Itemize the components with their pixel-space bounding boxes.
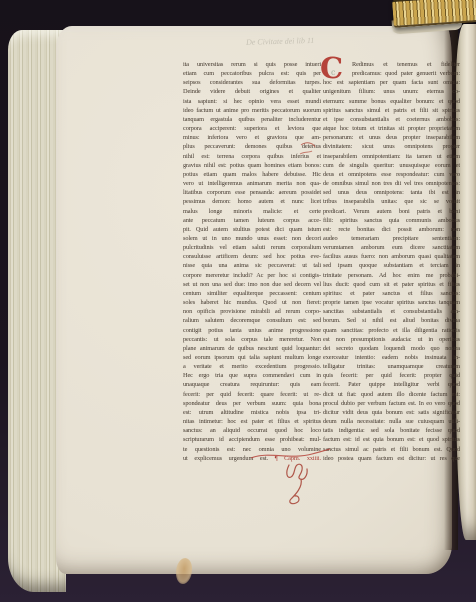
text-line: ideo factum ut anime pro meritis peccato… [183, 106, 321, 115]
text-line: ideo postea quam factum est dicitur: ut … [323, 454, 460, 463]
text-line: fecerit. Pater quippe intelligitur verbi… [323, 380, 460, 389]
text-line: predicari. Verum autem boni patris et bo… [323, 207, 460, 216]
text-line: tribus inseparabilis unitas: que sic se … [323, 197, 460, 206]
text-column-right: C c Redimus et tenemus et fideliterpredi… [323, 60, 460, 463]
pen-flourish [281, 461, 317, 507]
text-line: centum similiter equaliterque peccassent… [183, 289, 321, 298]
text-line: sanctitas substantialis et consubstantia… [323, 307, 460, 316]
text-line: eternum: summe bonus equaliter bonum: et… [323, 97, 460, 106]
text-line: divinitatem: sicut unus omnipotens propt… [323, 142, 460, 151]
text-line: fecerit: per quid fecerit: quare fecerit… [183, 390, 321, 399]
text-line: personarum: et unus deus propter insepar… [323, 133, 460, 142]
text-line: tatis indigentia: sed sola bonitate feci… [323, 426, 460, 435]
text-line: verumtamen amborum eum dicere sanctitate… [323, 243, 460, 252]
text-line: gravius nihil est: potius quam homines e… [183, 161, 321, 170]
text-line: proprie tamen ipse vocatur spiritus sanc… [323, 298, 460, 307]
text-line: est non presumptionis audacia: ut in ope… [323, 335, 460, 344]
text-line: borum. Sed si nihil est aliud bonitas di… [323, 316, 460, 325]
text-line: est: utrum altitudine mistica nobis ipsa… [183, 408, 321, 417]
text-line: spondeatur deus per verbum suum: quia bo… [183, 399, 321, 408]
text-line: tanquam ergastula quibus penaliter inclu… [183, 115, 321, 124]
rubricated-initial-letter: C c [320, 56, 348, 80]
guide-letter: c [331, 61, 335, 85]
text-line: dei secreto quodam loquendi modo quo nos… [323, 344, 460, 353]
text-line: Hec ergo tria que supra commendavi cum i… [183, 371, 321, 380]
text-line: dicit ut fiat: quod autem illo dicente f… [323, 390, 460, 399]
text-line: deus et omnipotens esse respondeatur: cu… [323, 170, 460, 179]
text-line: factum est: id est quia bonum est: et qu… [323, 435, 460, 444]
text-column-left: ita universitas rerum si quis posse intu… [183, 60, 321, 463]
text-line: soles haberet hic mundus. Quod ut non fi… [183, 298, 321, 307]
text-line: est: recte bonitas dici possit amborum: … [323, 225, 460, 234]
text-line: a veritate et merito excedentium progres… [183, 362, 321, 371]
text-line: pessimus demon: homo autem et nunc licet [183, 197, 321, 206]
text-line: nisse quia una anima sic peccaverat: ut … [183, 261, 321, 270]
text-line: sed unus deus omnipotens: tanta ibi est … [323, 188, 460, 197]
text-line: filii: spiritus sanctus quia communis am… [323, 216, 460, 225]
text-line: corpore mereretur includi? Ac per hoc si… [183, 271, 321, 280]
text-line: ante peccatum tamen luteum corpus acce- [183, 216, 321, 225]
text-line: non opificis provisione mirabili ad reru… [183, 307, 321, 316]
text-line: atque hoc totum et trinitas sit propter … [323, 124, 460, 133]
text-line: exerceatur intentio: eadem nobis insinua… [323, 353, 460, 362]
text-line: spiritus: et pater sanctus et filius san… [323, 289, 460, 298]
text-line: sed eorum ipsorum qui talia sapiunt mult… [183, 353, 321, 362]
text-line: et ipse consubstantialis et coeternus am… [323, 115, 460, 124]
text-line: ita universitas rerum si quis posse intu… [183, 60, 321, 69]
text-line: peccantis: ut sola corpus tale mereretur… [183, 335, 321, 344]
text-line: litatibus corporum esse pensanda: aereum… [183, 188, 321, 197]
text-line: etiam cum peccatoribus pulcra est: quis … [183, 69, 321, 78]
text-line: solem ut in uno mundo unus esset: non de… [183, 234, 321, 243]
text-line: consuluisse artificem deum: sed hoc poti… [183, 252, 321, 261]
text-line: Deinde videre debuit origines et qualite… [183, 87, 321, 96]
text-line: telligatur trinitas: unamquamque creatur… [323, 362, 460, 371]
text-line: deum nulla necessitate: nulla sue cuiusq… [323, 417, 460, 426]
text-line: quam sanctitas: profecto et illa diligen… [323, 326, 460, 335]
text-line: contigit potius tanta unius anime progre… [183, 326, 321, 335]
text-line: procul dubio per verbum factum est. In e… [323, 399, 460, 408]
text-line: audeo temerariam precipitare sententiam: [323, 234, 460, 243]
photo-background: De Civitate dei lib 11 ita universitas r… [0, 0, 476, 602]
text-line: nitas intimetur: hoc est pater et filius… [183, 417, 321, 426]
text-line: lius ducit: quod cum sit et pater spirit… [323, 280, 460, 289]
text-line: malus longe minoris malicie: et certe [183, 207, 321, 216]
text-line: ralium salutem decoremque consultum est:… [183, 316, 321, 325]
text-line: quis fecerit: per quid fecerit: propter … [323, 371, 460, 380]
text-line: seipsos considerantes sua deformitas tur… [183, 78, 321, 87]
text-line: set ut non una sed due: imo non due sed … [183, 280, 321, 289]
red-margin-mark [299, 139, 317, 161]
text-line: inseparabilem omnipotentiam: ita tamen u… [323, 152, 460, 161]
text-line: corpora acciperent: superiora et leviora… [183, 124, 321, 133]
text-line: plane animarum de quibus nesciunt quid l… [183, 344, 321, 353]
text-line: de omnibus simul non tres dii vel tres o… [323, 179, 460, 188]
text-line: unaquaque creatura requiruntur: quis eam [183, 380, 321, 389]
text-line: dicitur vidit deus quia bonum est: satis… [323, 408, 460, 417]
text-line: trinitate personam. Ad hoc enim me proba… [323, 271, 460, 280]
text-line: scripturarum id accipiendum esse prohibe… [183, 435, 321, 444]
text-line: vero ut intelligeremus animarum merita n… [183, 179, 321, 188]
text-line: pulcritudinis vel etiam saluti rerum cor… [183, 243, 321, 252]
text-line: sanctus: an aliquid occurrat quod hoc lo… [183, 426, 321, 435]
text-line: ista sapiunt: si hec opinio vera esset m… [183, 97, 321, 106]
text-line: sed ipsam quoque substantiam et terciam … [323, 261, 460, 270]
text-line: pit. Quid autem stultius potest dici qua… [183, 225, 321, 234]
text-line: spiritus sanctus simul et patris et fili… [323, 106, 460, 115]
text-line: potius etiam quam malos habere debuisse.… [183, 170, 321, 179]
text-line: sanctus simul ac patris et filii bonum e… [323, 445, 460, 454]
text-line: facilius ausus fuero: non amborum quasi … [323, 252, 460, 261]
text-line: cum de singulis queritur: unusquisque eo… [323, 161, 460, 170]
text-line: unigenitum filium: unus unum: eternus co… [323, 87, 460, 96]
